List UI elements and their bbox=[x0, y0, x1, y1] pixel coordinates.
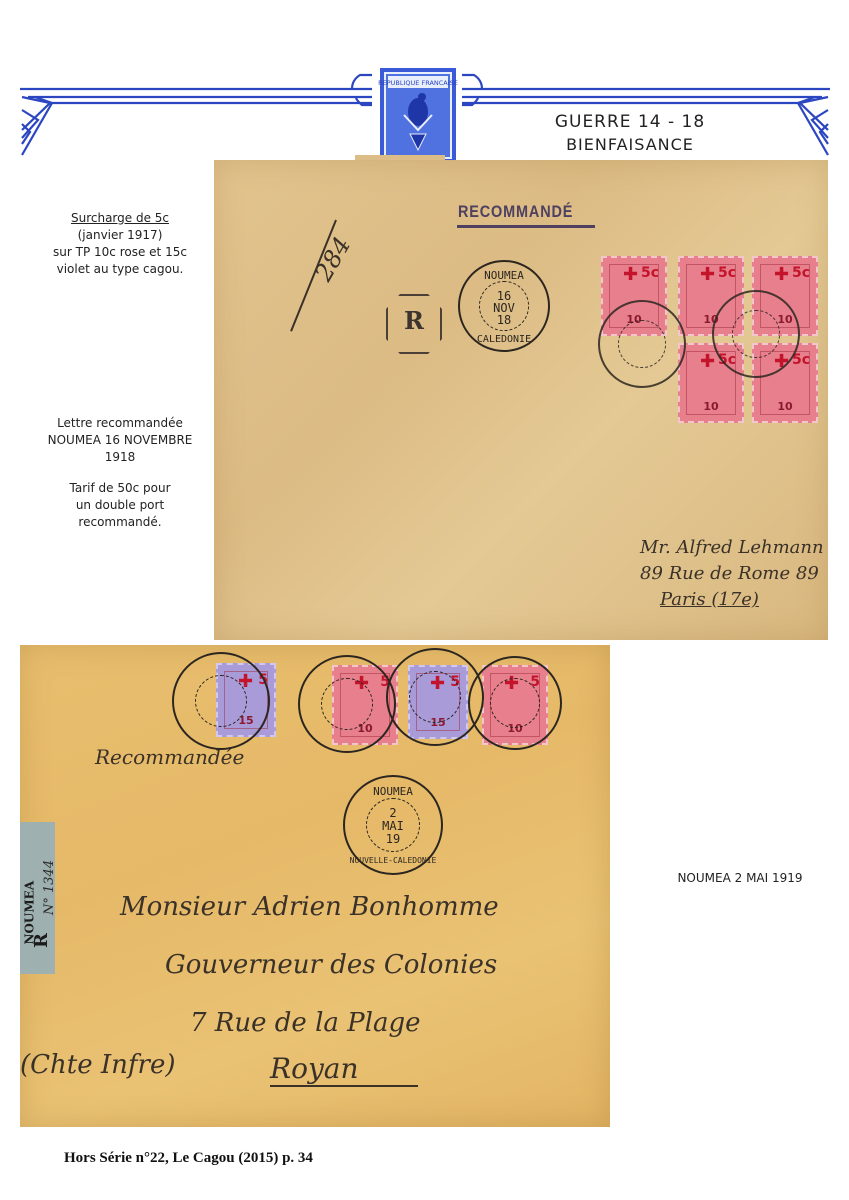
cover2-caption: NOUMEA 2 MAI 1919 bbox=[640, 870, 840, 887]
red-cross-icon: ✚ bbox=[774, 266, 789, 284]
postmark-on-stamps-right bbox=[712, 290, 800, 378]
registration-letter: R bbox=[386, 306, 442, 335]
page-title: GUERRE 14 - 18 BIENFAISANCE bbox=[520, 110, 740, 156]
postmark-noumea-1919: NOUMEA 2 MAI 19 NOUVELLE-CALEDONIE bbox=[343, 775, 443, 875]
letter-note: Lettre recommandée NOUMEA 16 NOVEMBRE 19… bbox=[24, 415, 216, 531]
red-cross-icon: ✚ bbox=[700, 266, 715, 284]
postmark-strip-4 bbox=[468, 656, 562, 750]
emblem-stamp: REPUBLIQUE FRANCAISE bbox=[378, 68, 458, 163]
page-citation: Hors Série n°22, Le Cagou (2015) p. 34 bbox=[64, 1150, 313, 1167]
svg-text:REPUBLIQUE FRANCAISE: REPUBLIQUE FRANCAISE bbox=[378, 79, 458, 87]
postmark-noumea-1918: NOUMEA 16 NOV 18 CALEDONIE bbox=[458, 260, 550, 352]
registration-label: NOUMEA R N° 1344 bbox=[20, 822, 55, 974]
postmark-strip-2 bbox=[298, 655, 396, 753]
postmark-on-stamps-left bbox=[598, 300, 686, 388]
address-region: (Chte Infre) bbox=[20, 1050, 175, 1080]
red-cross-icon: ✚ bbox=[623, 266, 638, 284]
surcharge-note: Surcharge de 5c (janvier 1917) sur TP 10… bbox=[24, 210, 216, 278]
address-city: Royan bbox=[270, 1052, 418, 1087]
address-cover1: Mr. Alfred Lehmann 89 Rue de Rome 89 Par… bbox=[640, 535, 824, 613]
red-cross-icon: ✚ bbox=[700, 353, 715, 371]
recommande-underline bbox=[457, 225, 595, 228]
title-charity: BIENFAISANCE bbox=[520, 134, 740, 156]
title-war: GUERRE 14 - 18 bbox=[520, 110, 740, 134]
postmark-strip-1 bbox=[172, 652, 270, 750]
address-cover2: Monsieur Adrien Bonhomme Gouverneur des … bbox=[120, 878, 499, 1052]
recommande-handstamp: RECOMMANDÉ bbox=[458, 202, 573, 222]
